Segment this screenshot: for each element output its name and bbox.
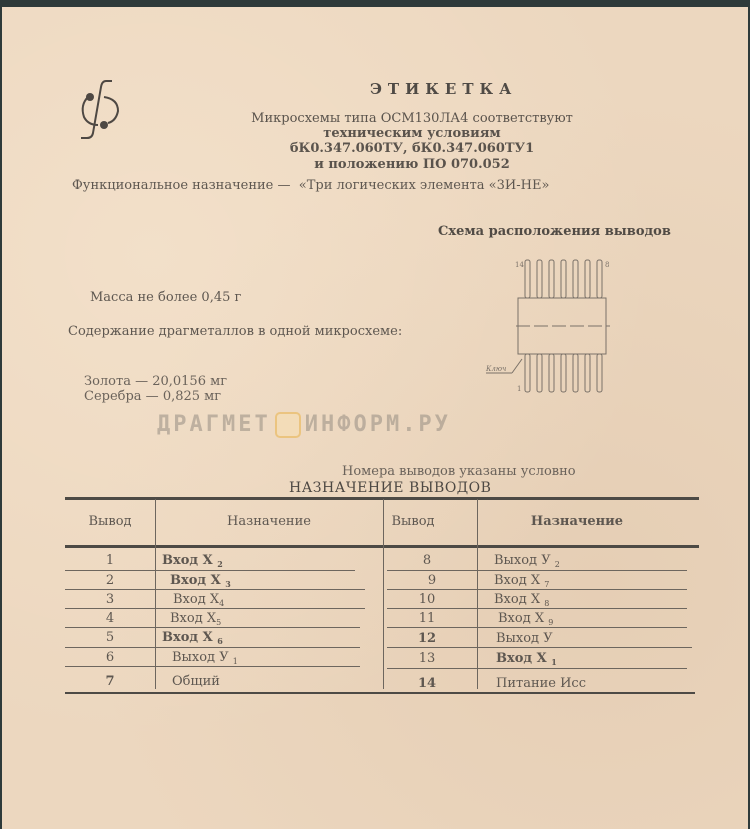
function-value: «Три логических элемента «3И-НЕ»	[299, 178, 550, 193]
svg-text:1: 1	[517, 385, 521, 393]
header-line-2: техническим условиям	[202, 126, 622, 141]
pin-number: 4	[65, 611, 155, 626]
factory-logo-icon	[78, 75, 126, 145]
pin-purpose: Вход X 8	[494, 592, 549, 608]
pin-purpose: Выход У 1	[172, 650, 238, 666]
silver-content: Серебра — 0,825 мг	[84, 389, 221, 404]
table-bottom-rule	[65, 692, 695, 694]
pin-number: 11	[397, 611, 457, 626]
header-line-4: и положению ПО 070.052	[202, 157, 622, 172]
pin-number: 5	[65, 630, 155, 645]
label-sheet: ЭТИКЕТКА Микросхемы типа ОСМ130ЛА4 соотв…	[2, 7, 748, 829]
pin-number: 3	[65, 592, 155, 607]
pin-number: 13	[397, 651, 457, 666]
pin-purpose: Вход X 9	[498, 611, 553, 627]
pin-purpose: Выход У	[496, 631, 553, 647]
pin-purpose: Вход X 7	[494, 573, 549, 589]
header-line-3: бК0.347.060ТУ, бК0.347.060ТУ1	[202, 141, 622, 156]
pin-purpose: Вход X 3	[170, 573, 231, 589]
precious-metals-label: Содержание драгметаллов в одной микросхе…	[68, 324, 402, 339]
table-note: Номера выводов указаны условно	[342, 464, 576, 479]
pinout-diagram-title: Схема расположения выводов	[438, 224, 671, 239]
pin-purpose: Вход X4	[173, 592, 224, 608]
pin-purpose: Выход У 2	[494, 553, 560, 569]
pin-purpose: Питание Исс	[496, 676, 586, 691]
pin-purpose: Общий	[172, 674, 220, 689]
header-pin-left: Вывод	[65, 514, 155, 529]
pin-purpose: Вход X 6	[162, 630, 223, 646]
pin-purpose: Вход X 1	[496, 651, 557, 667]
table-header-rule	[65, 545, 699, 548]
header-pin-right: Вывод	[383, 514, 443, 529]
header-purpose-right: Назначение	[477, 514, 677, 529]
pin-number: 10	[397, 592, 457, 607]
table-title: НАЗНАЧЕНИЕ ВЫВОДОВ	[289, 480, 491, 496]
pin-number: 2	[65, 573, 155, 588]
pin-number: 14	[397, 676, 457, 691]
pin-purpose: Вход X 2	[162, 553, 223, 569]
watermark: ДРАГМЕТИНФОРМ.РУ	[157, 412, 451, 438]
function-label: Функциональное назначение —	[72, 178, 291, 193]
document-title: ЭТИКЕТКА	[370, 80, 517, 98]
mass-spec: Масса не более 0,45 г	[90, 290, 241, 305]
svg-text:8: 8	[605, 261, 609, 269]
pin-number: 6	[65, 650, 155, 665]
pin-number: 1	[65, 553, 155, 568]
header-line-1: Микросхемы типа ОСМ130ЛА4 соответствуют	[202, 111, 622, 126]
table-top-rule	[65, 497, 699, 500]
pin-number: 12	[397, 631, 457, 646]
pin-purpose: Вход X5	[170, 611, 221, 627]
chip-outline-icon: 14 8 1 Ключ	[472, 255, 632, 400]
watermark-logo-icon	[275, 412, 301, 438]
pin-number: 9	[402, 573, 462, 588]
gold-content: Золота — 20,0156 мг	[84, 374, 227, 389]
svg-text:14: 14	[515, 261, 524, 269]
function-line: Функциональное назначение — «Три логичес…	[72, 178, 549, 193]
pin-number: 7	[65, 674, 155, 689]
svg-text:Ключ: Ключ	[485, 365, 506, 373]
pin-number: 8	[397, 553, 457, 568]
header-purpose-left: Назначение	[155, 514, 383, 529]
